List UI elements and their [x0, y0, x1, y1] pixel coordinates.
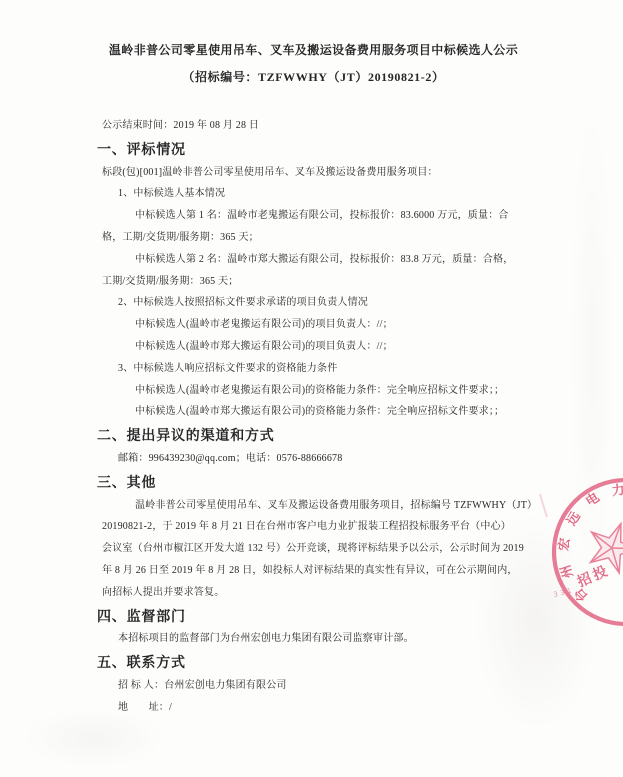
doc-line-p1: 1、中标候选人基本情况: [92, 183, 535, 205]
doc-line-p2: 中标候选人(温岭市郑大搬运有限公司)的资格能力条件：完全响应招标文件要求；；: [92, 401, 535, 423]
doc-line-p0: 格，工期/交货期/服务期：365 天；: [92, 227, 535, 249]
doc-line-subtitle: （招标编号：TZFWWHY（JT）20190821-2）: [92, 64, 535, 91]
doc-line-meta: 公示结束时间：2019 年 08 月 28 日: [92, 115, 535, 137]
doc-line-p2: 中标候选人(温岭市郑大搬运有限公司)的项目负责人：//；: [92, 336, 535, 358]
doc-line-p0: 20190821-2，于 2019 年 8 月 21 日在台州市客户电力业扩报装…: [92, 516, 535, 538]
doc-line-p2: 中标候选人(温岭市老鬼搬运有限公司)的资格能力条件：完全响应招标文件要求；；: [92, 380, 535, 402]
doc-line-p2: 中标候选人第 1 名：温岭市老鬼搬运有限公司，投标报价：83.6000 万元，质…: [92, 205, 535, 227]
doc-line-p1: 招 标 人：台州宏创电力集团有限公司: [92, 675, 535, 697]
doc-line-p1: 2、中标候选人按照招标文件要求承诺的项目负责人情况: [92, 292, 535, 314]
document-body: 温岭非普公司零星使用吊车、叉车及搬运设备费用服务项目中标候选人公示（招标编号：T…: [0, 0, 623, 719]
doc-line-p1: 本招标项目的监督部门为台州宏创电力集团有限公司监察审计部。: [92, 628, 535, 650]
doc-line-p1: 地 址：/: [92, 697, 535, 719]
doc-line-p2: 中标候选人(温岭市老鬼搬运有限公司)的项目负责人：//；: [92, 314, 535, 336]
doc-line-heading: 二、提出异议的渠道和方式: [92, 426, 535, 448]
doc-line-title: 温岭非普公司零星使用吊车、叉车及搬运设备费用服务项目中标候选人公示: [92, 37, 535, 64]
doc-line-p0: 年 8 月 26 日至 2019 年 8 月 28 日，如投标人对评标结果的真实…: [92, 560, 535, 582]
doc-line-p0: 标段(包)[001]温岭非普公司零星使用吊车、叉车及搬运设备费用服务项目：: [92, 162, 535, 184]
doc-line-p0: 会议室（台州市椒江区开发大道 132 号）公开竞谈，现将评标结果予以公示，公示时…: [92, 538, 535, 560]
doc-line-p0: 向招标人提出并要求答复。: [92, 582, 535, 604]
doc-line-heading: 三、其他: [92, 473, 535, 495]
doc-line-heading: 一、评标情况: [92, 140, 535, 162]
doc-line-p2: 中标候选人第 2 名：温岭市郑大搬运有限公司，投标报价：83.8 万元，质量：合…: [92, 249, 535, 271]
doc-line-p2: 温岭非普公司零星使用吊车、叉车及搬运设备费用服务项目，招标编号 TZFWWHY（…: [92, 495, 535, 517]
scanned-announcement-page: 温岭非普公司零星使用吊车、叉车及搬运设备费用服务项目中标候选人公示（招标编号：T…: [0, 0, 623, 777]
doc-line-p1: 3、中标候选人响应招标文件要求的资格能力条件: [92, 358, 535, 380]
doc-line-p0: 工期/交货期/服务期：365 天；: [92, 271, 535, 293]
doc-line-heading: 四、监督部门: [92, 607, 535, 629]
doc-line-p1: 邮箱：996439230@qq.com；电话：0576-88666678: [92, 448, 535, 470]
doc-line-heading: 五、联系方式: [92, 653, 535, 675]
